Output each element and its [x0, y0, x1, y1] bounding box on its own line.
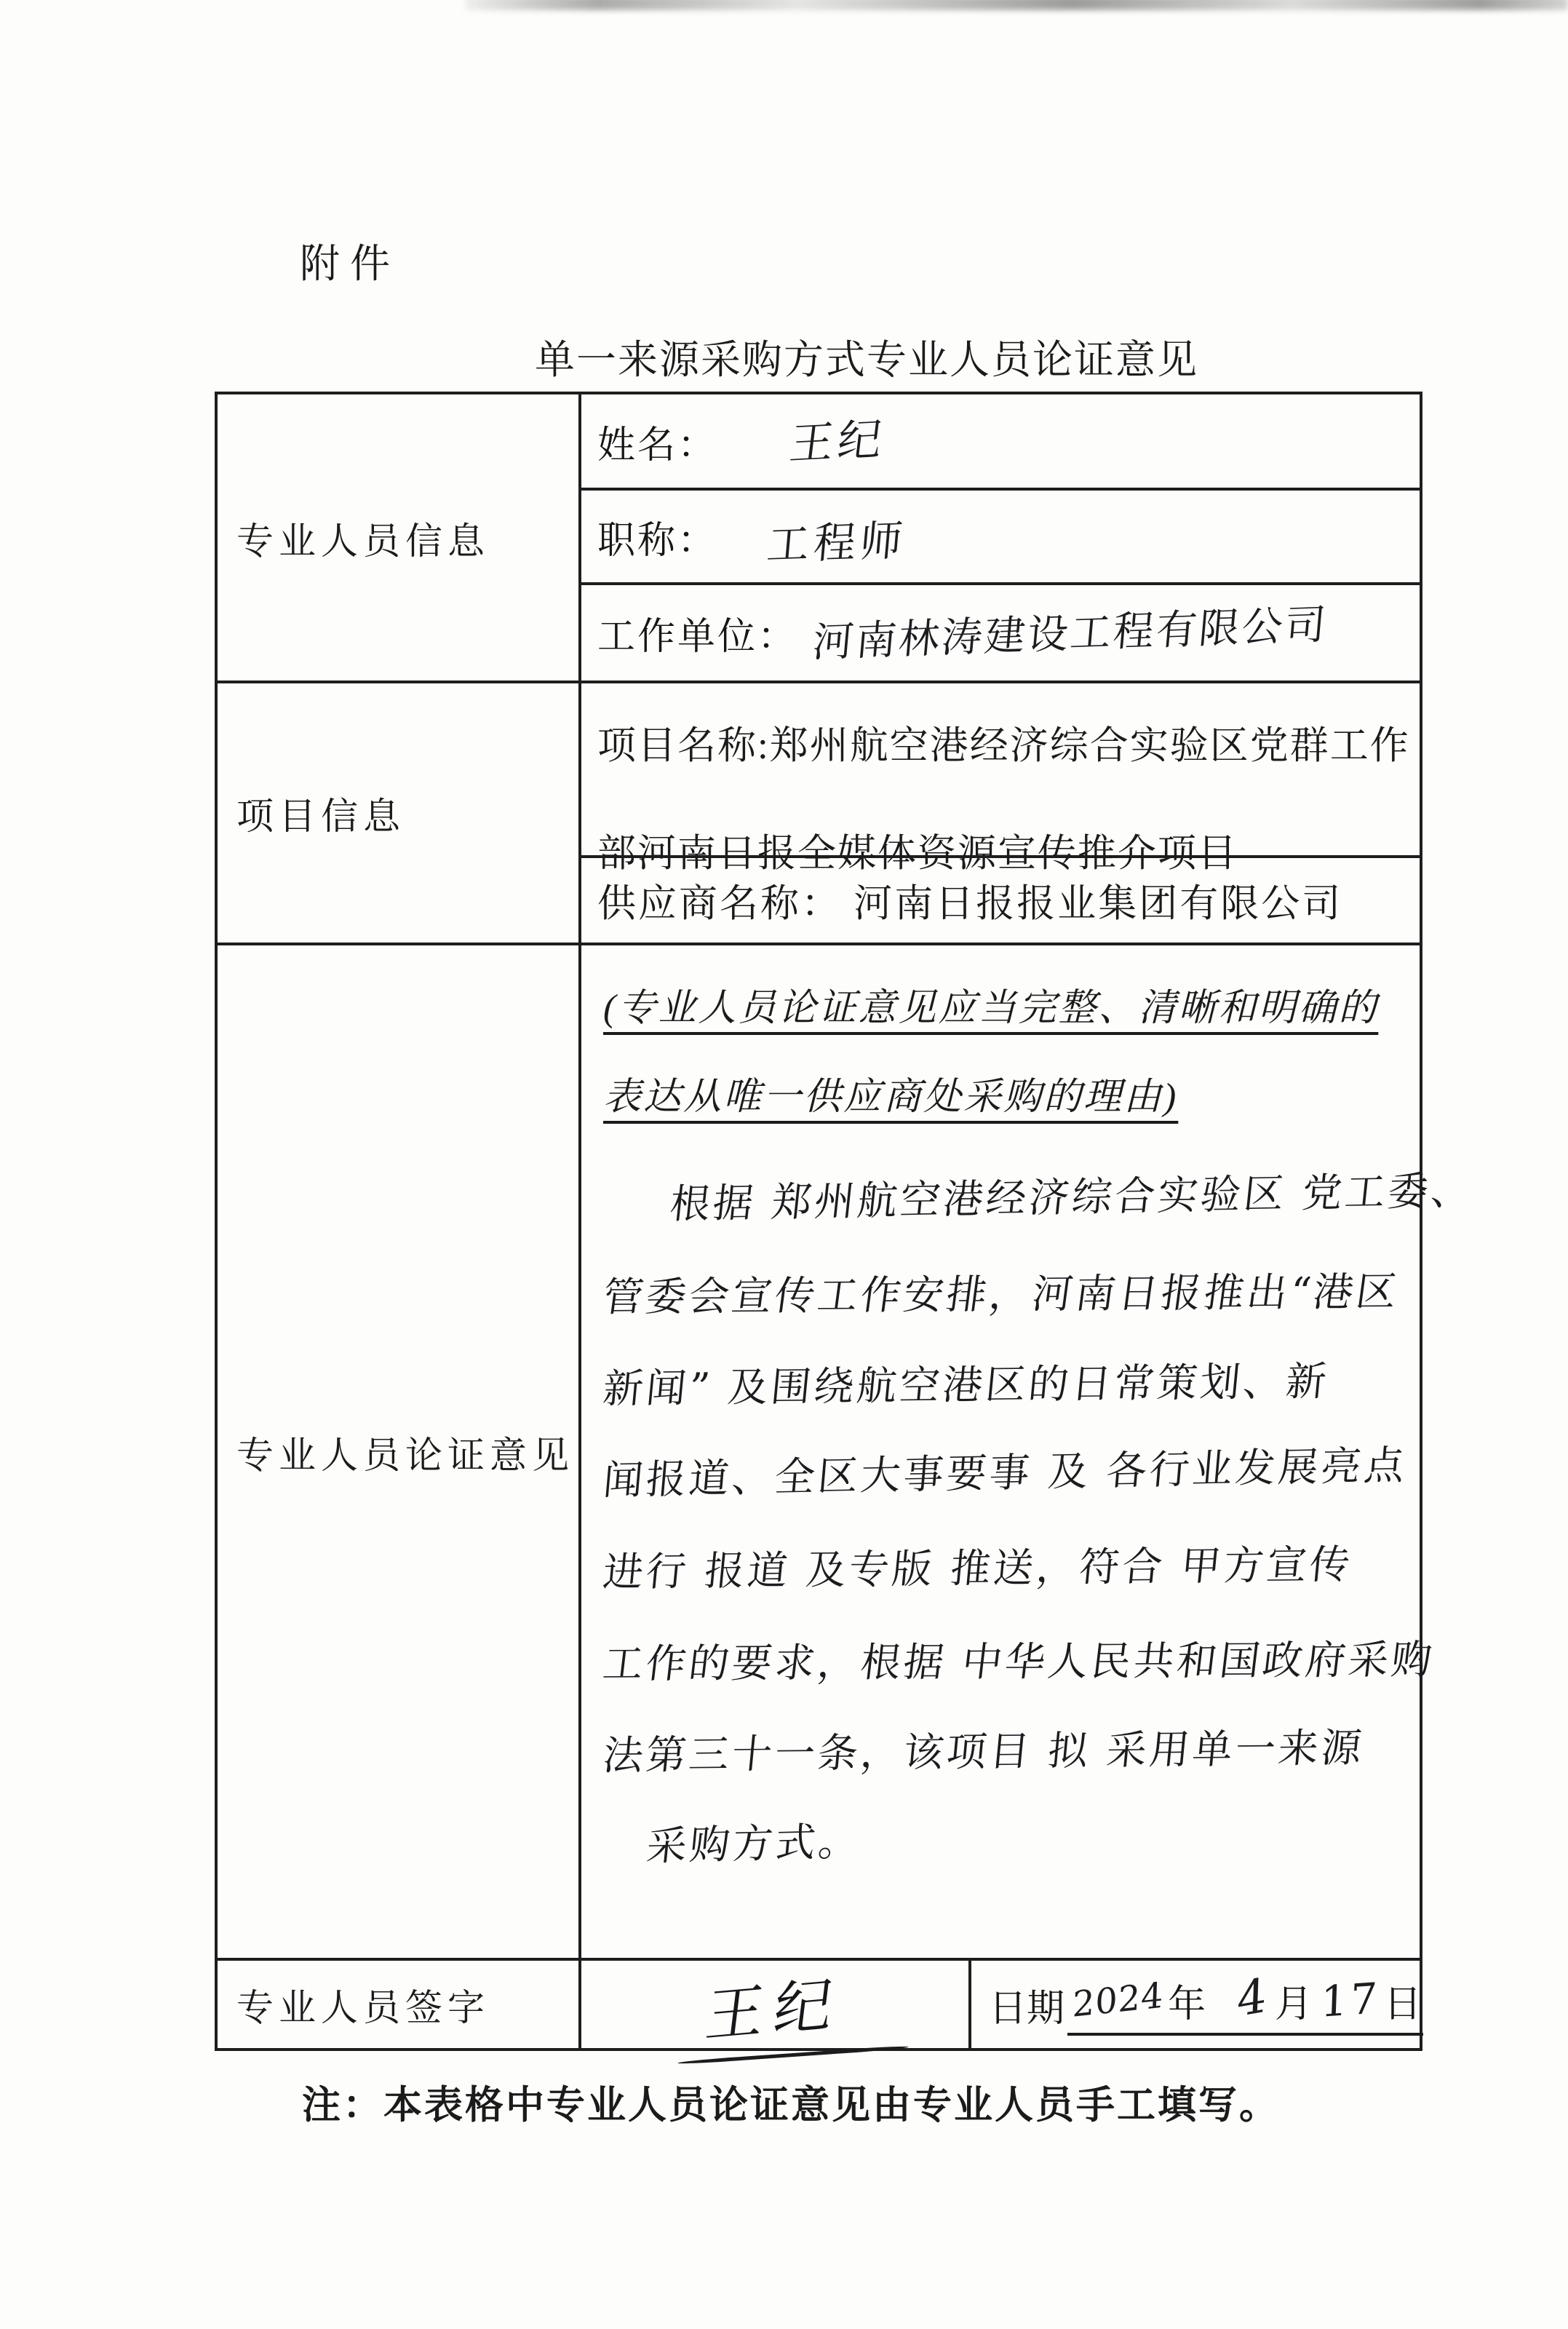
opinion-handwritten-line: 新闻” 及围绕航空港区的日常策划、新: [599, 1334, 1402, 1435]
date-year-handwritten: 2024: [1072, 1975, 1164, 2026]
opinion-handwritten-line: 管委会宣传工作安排，河南日报推出“港区: [597, 1245, 1404, 1343]
opinion-handwritten-text: 根据 郑州航空港经济综合实验区 党工委、 管委会宣传工作安排，河南日报推出“港区…: [603, 1159, 1398, 1893]
date-day-handwritten: 17: [1320, 1973, 1381, 2027]
row-work-unit: 工作单位： 河南林涛建设工程有限公司: [581, 585, 1420, 683]
row-job-title: 职称： 工程师: [581, 491, 1420, 585]
handwritten-signature: 王纪: [707, 1963, 843, 2047]
opinion-handwritten-line: 闻报道、全区大事要事 及 各行业发展亮点: [600, 1419, 1402, 1526]
attachment-label: 附件: [300, 231, 400, 289]
job-title-handwritten-value: 工程师: [765, 506, 910, 572]
date-fill-line: 2024 年 4 月 17 日: [1067, 1973, 1423, 2036]
row-project-name: 项目名称:郑州航空港经济综合实验区党群工作 部河南日报全媒体资源宣传推介项目: [581, 683, 1420, 858]
date-year-suffix: 年: [1168, 1973, 1206, 2028]
opinion-handwritten-line: 根据 郑州航空港经济综合实验区 党工委、: [598, 1146, 1402, 1251]
date-day-suffix: 日: [1384, 1973, 1422, 2028]
work-unit-handwritten-value: 河南林涛建设工程有限公司: [811, 592, 1331, 668]
date-label: 日期: [989, 1977, 1064, 2032]
section-header-professional-info: 专业人员信息: [218, 394, 581, 683]
opinion-handwritten-line: 工作的要求，根据 中华人民共和国政府采购: [598, 1614, 1404, 1710]
scan-artifact: [466, 0, 1568, 10]
name-label: 姓名：: [597, 414, 717, 469]
row-name: 姓名： 王纪: [581, 394, 1420, 491]
name-handwritten-value: 王纪: [787, 404, 890, 472]
signature-text: 王纪: [701, 1956, 848, 2052]
project-name-line1: 项目名称:郑州航空港经济综合实验区党群工作: [597, 692, 1402, 800]
argumentation-form-table: 专业人员信息 姓名： 王纪 职称： 工程师 工作单位： 河南林涛建设工程有限公司…: [215, 392, 1422, 2051]
section-header-project-info: 项目信息: [218, 683, 581, 945]
job-title-label: 职称：: [597, 509, 717, 564]
opinion-instruction-line1: (专业人员论证意见应当完整、清晰和明确的: [603, 964, 1398, 1053]
work-unit-label: 工作单位：: [597, 606, 797, 660]
signature-row-label: 专业人员签字: [218, 1961, 581, 2048]
section-header-opinion: 专业人员论证意见: [218, 945, 581, 1961]
opinion-cell: (专业人员论证意见应当完整、清晰和明确的 表达从唯一供应商处采购的理由) 根据 …: [581, 945, 1420, 1961]
opinion-handwritten-line: 进行 报道 及专版 推送，符合 甲方宣传: [599, 1517, 1402, 1618]
date-month-handwritten: 4: [1236, 1967, 1272, 2028]
footnote: 注：本表格中专业人员论证意见由专业人员手工填写。: [302, 2074, 1280, 2130]
document-title: 单一来源采购方式专业人员论证意见: [535, 328, 1198, 385]
date-month-suffix: 月: [1275, 1973, 1313, 2028]
row-supplier-name: 供应商名称： 河南日报报业集团有限公司: [581, 858, 1420, 945]
opinion-instruction-line2: 表达从唯一供应商处采购的理由): [603, 1053, 1398, 1142]
scanned-document-page: 附件 单一来源采购方式专业人员论证意见 专业人员信息 姓名： 王纪 职称： 工程…: [0, 0, 1568, 2329]
date-cell: 日期 2024 年 4 月 17 日: [971, 1961, 1420, 2048]
opinion-handwritten-line: 采购方式。: [599, 1782, 1402, 1893]
signature-cell: 王纪: [581, 1961, 971, 2048]
